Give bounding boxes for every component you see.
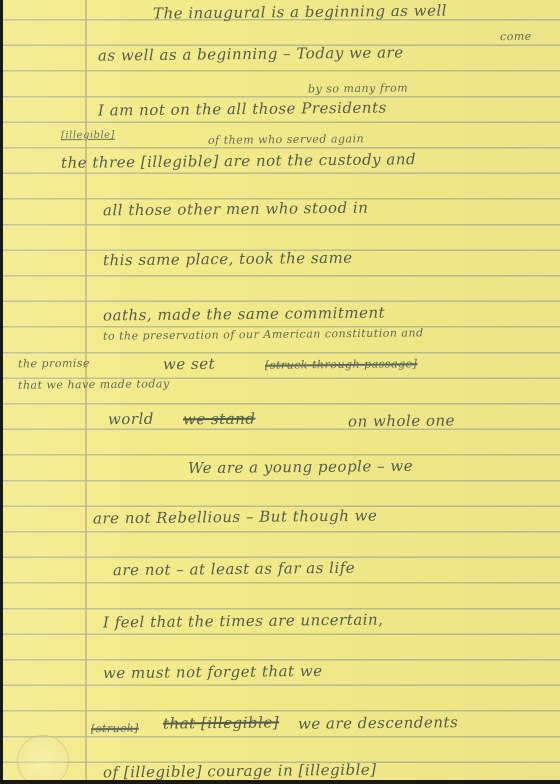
handwritten-line: are not – at least as far as life	[113, 559, 355, 580]
legal-pad-page: The inaugural is a beginning as well as …	[3, 0, 560, 780]
handwritten-line: are not Rebellious – But though we	[93, 507, 378, 528]
handwritten-line: we must not forget that we	[103, 662, 323, 682]
struck-passage: [struck]	[91, 722, 139, 736]
handwritten-line: The inaugural is a beginning as well	[153, 1, 447, 22]
handwritten-line: on whole one	[348, 411, 455, 430]
handwritten-line: this same place, took the same	[103, 249, 353, 270]
interlinear-insertion: to the preservation of our American cons…	[103, 326, 424, 342]
interlinear-insertion: come	[500, 30, 532, 43]
handwritten-line: world	[108, 410, 154, 428]
struck-passage: that [illegible]	[163, 713, 279, 732]
margin-note: that we have made today	[18, 377, 170, 392]
handwritten-line: the three [illegible] are not the custod…	[61, 150, 416, 172]
margin-note: the promise	[18, 357, 90, 371]
struck-passage: [struck-through passage]	[265, 357, 418, 372]
handwritten-line: all those other men who stood in	[103, 199, 369, 220]
interlinear-insertion: by so many from	[308, 81, 408, 95]
margin-note: [illegible]	[61, 130, 115, 142]
handwritten-line: we set	[163, 355, 215, 374]
archival-stamp-seal	[17, 735, 69, 780]
handwritten-line: we are descendents	[298, 713, 458, 733]
handwritten-line: I am not on the all those Presidents	[98, 98, 387, 119]
handwritten-line: as well as a beginning – Today we are	[98, 43, 404, 64]
handwritten-line: We are a young people – we	[188, 457, 413, 477]
handwritten-line: oaths, made the same commitment	[103, 304, 385, 325]
handwritten-line: of [illegible] courage in [illegible]	[103, 761, 377, 780]
handwritten-line: I feel that the times are uncertain,	[103, 611, 384, 632]
interlinear-insertion: of them who served again	[208, 132, 364, 147]
struck-passage: we stand	[183, 410, 256, 429]
